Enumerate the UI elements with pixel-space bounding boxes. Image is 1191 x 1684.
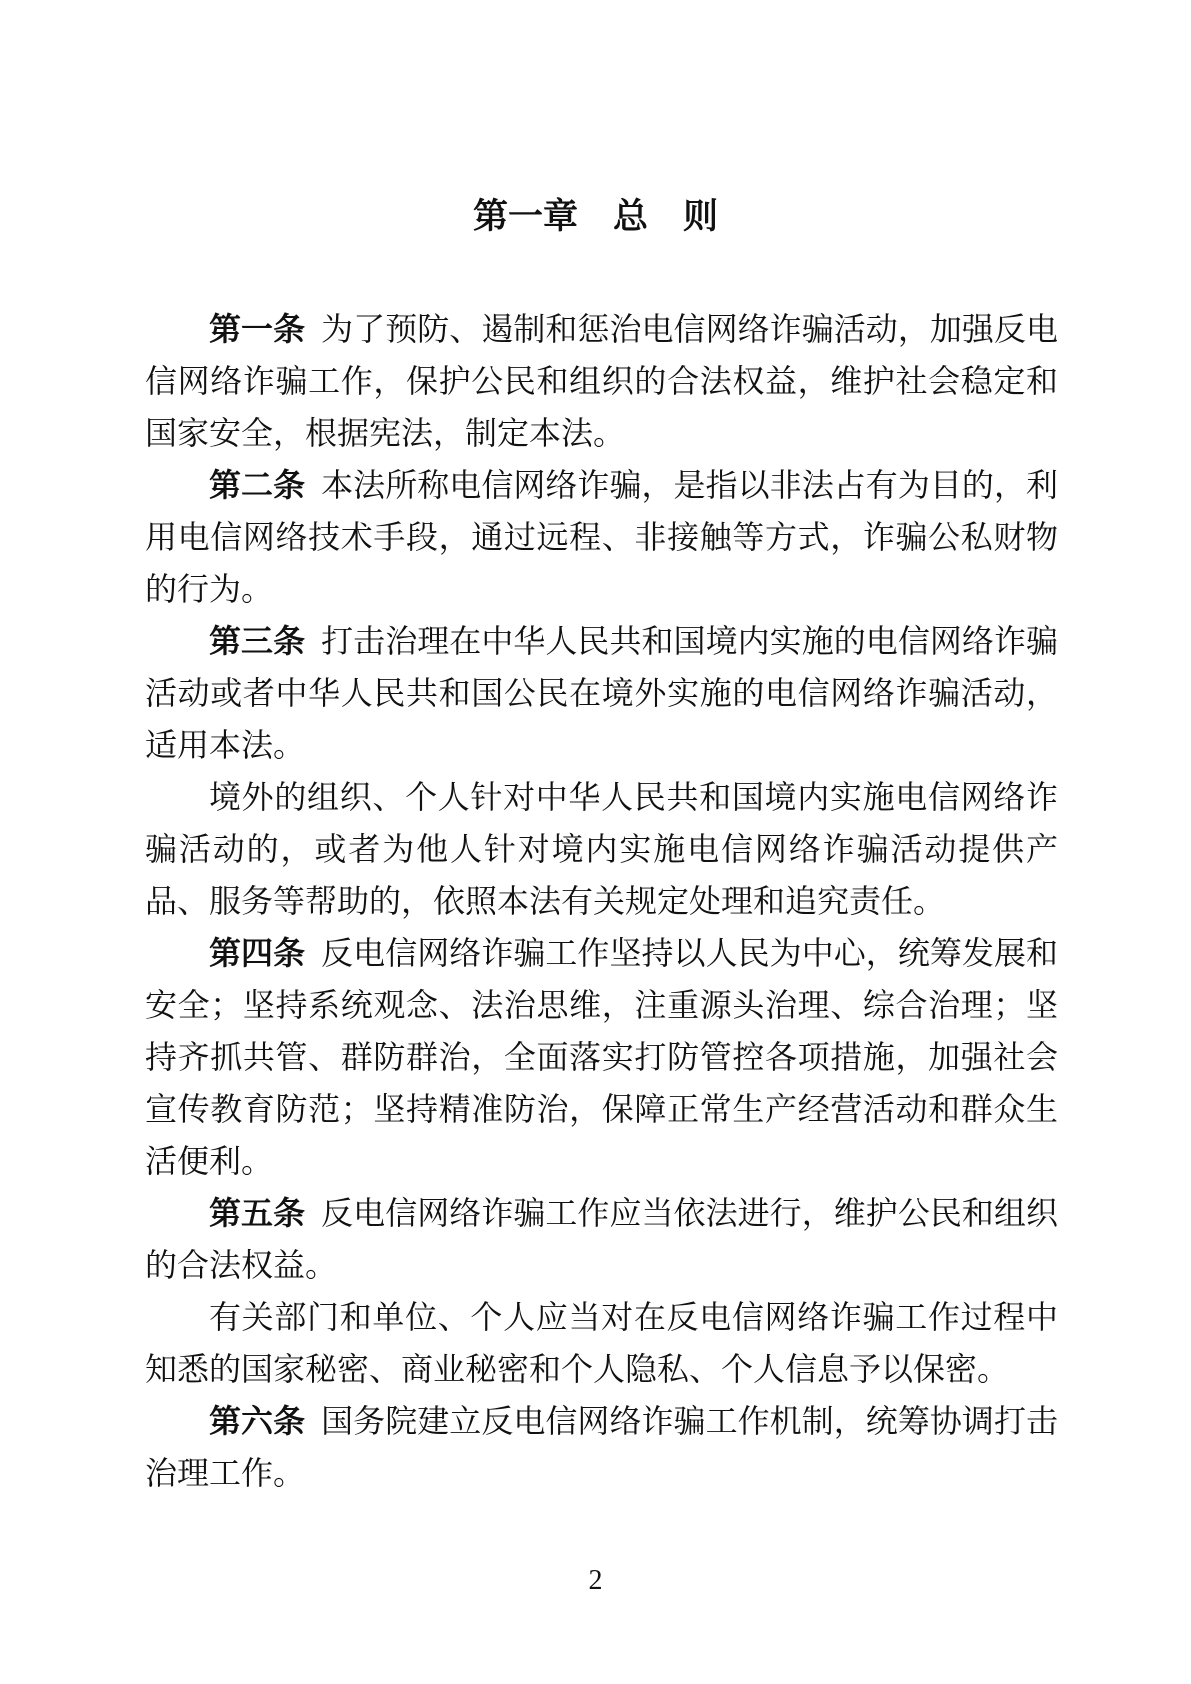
article-number: 第五条 [209, 1195, 305, 1231]
article-number: 第二条 [209, 467, 305, 503]
article-text: 境外的组织、个人针对中华人民共和国境内实施电信网络诈骗活动的，或者为他人针对境内… [145, 779, 1058, 919]
article-number: 第一条 [209, 311, 305, 347]
article-number: 第四条 [209, 935, 305, 971]
article-paragraph: 第二条本法所称电信网络诈骗，是指以非法占有为目的，利用电信网络技术手段，通过远程… [145, 459, 1058, 615]
article-paragraph: 第四条反电信网络诈骗工作坚持以人民为中心，统筹发展和安全；坚持系统观念、法治思维… [145, 927, 1058, 1187]
article-number: 第六条 [209, 1403, 305, 1439]
article-text: 有关部门和单位、个人应当对在反电信网络诈骗工作过程中知悉的国家秘密、商业秘密和个… [145, 1299, 1058, 1387]
article-paragraph: 第三条打击治理在中华人民共和国境内实施的电信网络诈骗活动或者中华人民共和国公民在… [145, 615, 1058, 771]
chapter-title: 第一章 总 则 [0, 194, 1191, 240]
document-body: 第一条为了预防、遏制和惩治电信网络诈骗活动，加强反电信网络诈骗工作，保护公民和组… [145, 303, 1058, 1499]
document-page: 第一章 总 则 第一条为了预防、遏制和惩治电信网络诈骗活动，加强反电信网络诈骗工… [0, 0, 1191, 1684]
article-paragraph: 第一条为了预防、遏制和惩治电信网络诈骗活动，加强反电信网络诈骗工作，保护公民和组… [145, 303, 1058, 459]
page-number: 2 [0, 1564, 1191, 1598]
article-text: 反电信网络诈骗工作坚持以人民为中心，统筹发展和安全；坚持系统观念、法治思维，注重… [145, 935, 1058, 1179]
article-number: 第三条 [209, 623, 305, 659]
article-paragraph: 第五条反电信网络诈骗工作应当依法进行，维护公民和组织的合法权益。 [145, 1187, 1058, 1291]
article-paragraph: 境外的组织、个人针对中华人民共和国境内实施电信网络诈骗活动的，或者为他人针对境内… [145, 771, 1058, 927]
article-paragraph: 第六条国务院建立反电信网络诈骗工作机制，统筹协调打击治理工作。 [145, 1395, 1058, 1499]
article-paragraph: 有关部门和单位、个人应当对在反电信网络诈骗工作过程中知悉的国家秘密、商业秘密和个… [145, 1291, 1058, 1395]
